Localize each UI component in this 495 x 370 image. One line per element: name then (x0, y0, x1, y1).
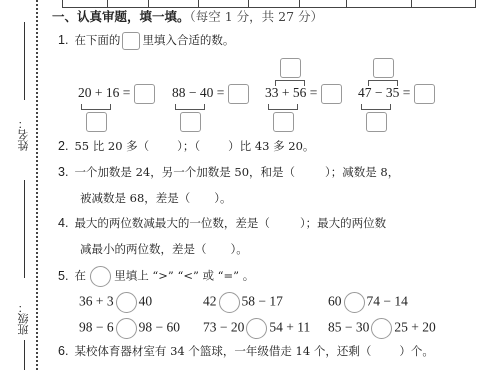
binding-dotted-line (36, 0, 38, 370)
question-4-line2: 减最小的两位数，差是（）。 (80, 241, 248, 257)
q3-text: 一个加数是 24，另一个加数是 50，和是（ (74, 165, 295, 179)
split-bracket (268, 104, 298, 110)
q5-text: 里填上 “>” “<” 或 “=” 。 (114, 269, 254, 283)
split-bracket (175, 104, 205, 110)
split-box[interactable] (366, 112, 387, 132)
comparison-left: 60 (328, 294, 342, 309)
section-heading: 一、认真审题，填一填。（每空 1 分，共 27 分） (52, 7, 323, 25)
compare-circle[interactable] (116, 292, 137, 313)
q1-text: 在下面的 (74, 33, 120, 47)
question-number: 3. (58, 165, 68, 179)
q6-text: ）个。 (399, 344, 434, 358)
answer-box[interactable] (321, 84, 342, 104)
equation-text: 88 − 40 = (172, 85, 224, 100)
compare-circle[interactable] (371, 318, 392, 339)
split-box[interactable] (86, 112, 107, 132)
q1-text-after: 里填入合适的数。 (142, 33, 234, 47)
split-bracket (361, 104, 391, 110)
q2-text: ）比 43 多 20。 (228, 139, 314, 153)
equation-4: 47 − 35 = (358, 84, 435, 104)
comparison-4: 98 − 698 − 60 (79, 318, 180, 339)
answer-box[interactable] (228, 84, 249, 104)
comparison-right: 58 − 17 (242, 294, 283, 309)
section-points: （每空 1 分，共 27 分） (190, 9, 324, 24)
answer-box[interactable] (134, 84, 155, 104)
question-5: 5.在 里填上 “>” “<” 或 “=” 。 (58, 266, 254, 287)
comparison-left: 36 + 3 (79, 294, 114, 309)
equation-3: 33 + 56 = (265, 84, 342, 104)
comparison-left: 98 − 6 (79, 320, 114, 335)
equation-text: 47 − 35 = (358, 85, 410, 100)
question-3-line2: 被减数是 68，差是（）。 (80, 190, 232, 206)
margin-line-bottom (24, 340, 25, 370)
q4-text: 最大的两位数减最大的一位数，差是（ (74, 216, 270, 230)
q3-text: 被减数是 68，差是（ (80, 191, 190, 205)
compare-circle[interactable] (344, 292, 365, 313)
comparison-left: 73 − 20 (203, 320, 244, 335)
comparison-1: 36 + 340 (79, 292, 152, 313)
example-box-icon (122, 32, 140, 50)
comparison-3: 6074 − 14 (328, 292, 408, 313)
q2-text: ）；（ (177, 139, 200, 153)
q4-text: ）；最大的两位数 (300, 216, 386, 230)
section-title: 一、认真审题，填一填。 (52, 9, 190, 24)
q3-text: ）；减数是 8， (325, 165, 399, 179)
q3-text: ）。 (214, 191, 231, 205)
split-box-top[interactable] (373, 58, 394, 78)
split-box-top[interactable] (280, 58, 301, 78)
split-box[interactable] (273, 112, 294, 132)
q2-text: 55 比 20 多（ (74, 139, 149, 153)
question-4: 4.最大的两位数减最大的一位数，差是（）；最大的两位数 (58, 215, 386, 231)
question-2: 2.55 比 20 多（）；（）比 43 多 20。 (58, 138, 314, 154)
comparison-right: 54 + 11 (269, 320, 310, 335)
comparison-right: 25 + 20 (394, 320, 435, 335)
comparison-right: 74 − 14 (367, 294, 408, 309)
class-underline (24, 180, 25, 278)
compare-circle[interactable] (246, 318, 267, 339)
question-6: 6.某校体育器材室有 34 个篮球，一年级借走 14 个，还剩（）个。 (58, 343, 434, 359)
name-underline (24, 22, 25, 100)
equation-2: 88 − 40 = (172, 84, 249, 104)
equation-text: 33 + 56 = (265, 85, 317, 100)
q5-text: 在 (74, 269, 86, 283)
comparison-right: 40 (139, 294, 153, 309)
question-number: 5. (58, 269, 68, 283)
question-3: 3.一个加数是 24，另一个加数是 50，和是（）；减数是 8， (58, 164, 399, 180)
question-number: 2. (58, 139, 68, 153)
example-circle-icon (90, 266, 111, 287)
q4-text: 减最小的两位数，差是（ (80, 242, 207, 256)
q6-text: 某校体育器材室有 34 个篮球，一年级借走 14 个，还剩（ (74, 344, 371, 358)
class-label: 班级： (16, 302, 32, 335)
question-number: 6. (58, 344, 68, 358)
question-1: 1.在下面的里填入合适的数。 (58, 32, 234, 50)
compare-circle[interactable] (219, 292, 240, 313)
answer-box[interactable] (414, 84, 435, 104)
comparison-5: 73 − 2054 + 11 (203, 318, 310, 339)
comparison-left: 42 (203, 294, 217, 309)
split-bracket (81, 104, 111, 110)
compare-circle[interactable] (116, 318, 137, 339)
question-number: 4. (58, 216, 68, 230)
question-number: 1. (58, 33, 68, 47)
comparison-right: 98 − 60 (139, 320, 180, 335)
comparison-left: 85 − 30 (328, 320, 369, 335)
comparison-6: 85 − 3025 + 20 (328, 318, 436, 339)
name-label: 姓名： (16, 118, 32, 151)
comparison-2: 4258 − 17 (203, 292, 283, 313)
equation-text: 20 + 16 = (78, 85, 130, 100)
split-box[interactable] (180, 112, 201, 132)
equation-1: 20 + 16 = (78, 84, 155, 104)
q4-text: ）。 (231, 242, 248, 256)
